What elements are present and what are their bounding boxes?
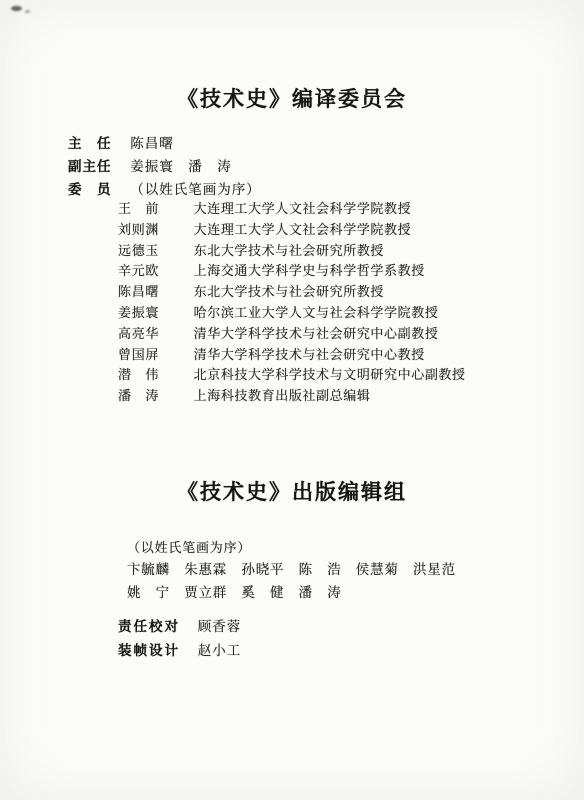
member-row: 辛元欧 上海交通大学科学史与科学哲学系教授 [118, 261, 466, 282]
role-label: 委 员 [68, 182, 112, 197]
member-name: 刘则渊 [118, 220, 190, 241]
member-affiliation: 清华大学科学技术与社会研究中心教授 [194, 347, 425, 362]
role-row-deputy-director: 副主任 姜振寰 潘 涛 [68, 155, 261, 178]
credit-label: 装帧设计 [118, 643, 180, 658]
member-name: 曾国屏 [118, 345, 190, 366]
member-row: 潜 伟 北京科技大学科学技术与文明研究中心副教授 [118, 365, 466, 386]
role-label: 副主任 [68, 159, 112, 174]
member-affiliation: 清华大学科学技术与社会研究中心副教授 [194, 326, 439, 341]
member-affiliation: 大连理工大学人文社会科学学院教授 [194, 201, 412, 216]
credit-value: 赵小工 [198, 643, 242, 658]
member-name: 高亮华 [118, 324, 190, 345]
member-name: 远德玉 [118, 241, 190, 262]
role-row-director: 主 任 陈昌曙 [68, 132, 261, 155]
member-affiliation: 哈尔滨工业大学人文与社会科学学院教授 [194, 305, 439, 320]
credit-row-designer: 装帧设计 赵小工 [118, 639, 241, 663]
member-row: 曾国屏 清华大学科学技术与社会研究中心教授 [118, 345, 466, 366]
member-name: 王 前 [118, 199, 190, 220]
member-name: 辛元欧 [118, 261, 190, 282]
member-row: 潘 涛 上海科技教育出版社副总编辑 [118, 386, 466, 407]
role-row-members: 委 员 （以姓氏笔画为序） [68, 178, 261, 201]
editorial-group-names-line: 卞毓麟 朱惠霖 孙晓平 陈 浩 侯慧菊 洪星范 [127, 558, 456, 578]
member-affiliation: 大连理工大学人文社会科学学院教授 [194, 222, 412, 237]
member-name: 潜 伟 [118, 365, 190, 386]
role-value: 姜振寰 潘 涛 [130, 159, 232, 174]
committee-member-list: 王 前 大连理工大学人文社会科学学院教授 刘则渊 大连理工大学人文社会科学学院教… [118, 199, 466, 407]
credit-row-proofreader: 责任校对 顾香蓉 [118, 615, 241, 639]
member-name: 陈昌曙 [118, 282, 190, 303]
role-value: （以姓氏笔画为序） [130, 182, 261, 197]
credits: 责任校对 顾香蓉 装帧设计 赵小工 [118, 615, 241, 663]
member-affiliation: 东北大学技术与社会研究所教授 [194, 284, 384, 299]
member-name: 姜振寰 [118, 303, 190, 324]
member-affiliation: 上海科技教育出版社副总编辑 [194, 388, 371, 403]
member-name: 潘 涛 [118, 386, 190, 407]
member-affiliation: 上海交通大学科学史与科学哲学系教授 [194, 263, 425, 278]
member-row: 远德玉 东北大学技术与社会研究所教授 [118, 241, 466, 262]
editorial-group-names-line: 姚 宁 贾立群 奚 健 潘 涛 [127, 581, 342, 601]
editorial-group-title: 《技术史》出版编辑组 [0, 476, 584, 506]
member-row: 高亮华 清华大学科学技术与社会研究中心副教授 [118, 324, 466, 345]
editorial-group-note: （以姓氏笔画为序） [127, 537, 251, 556]
member-row: 姜振寰 哈尔滨工业大学人文与社会科学学院教授 [118, 303, 466, 324]
member-row: 王 前 大连理工大学人文社会科学学院教授 [118, 199, 466, 220]
committee-roles: 主 任 陈昌曙 副主任 姜振寰 潘 涛 委 员 （以姓氏笔画为序） [68, 132, 261, 201]
book-page: 《技术史》编译委员会 主 任 陈昌曙 副主任 姜振寰 潘 涛 委 员 （以姓氏笔… [0, 0, 584, 800]
role-label: 主 任 [68, 136, 112, 151]
member-row: 刘则渊 大连理工大学人文社会科学学院教授 [118, 220, 466, 241]
scan-smudge [11, 6, 22, 11]
credit-label: 责任校对 [118, 619, 180, 634]
committee-title: 《技术史》编译委员会 [0, 83, 584, 113]
scan-smudge [25, 10, 30, 13]
member-affiliation: 东北大学技术与社会研究所教授 [194, 243, 384, 258]
member-row: 陈昌曙 东北大学技术与社会研究所教授 [118, 282, 466, 303]
member-affiliation: 北京科技大学科学技术与文明研究中心副教授 [194, 367, 466, 382]
role-value: 陈昌曙 [130, 136, 174, 151]
credit-value: 顾香蓉 [198, 619, 242, 634]
